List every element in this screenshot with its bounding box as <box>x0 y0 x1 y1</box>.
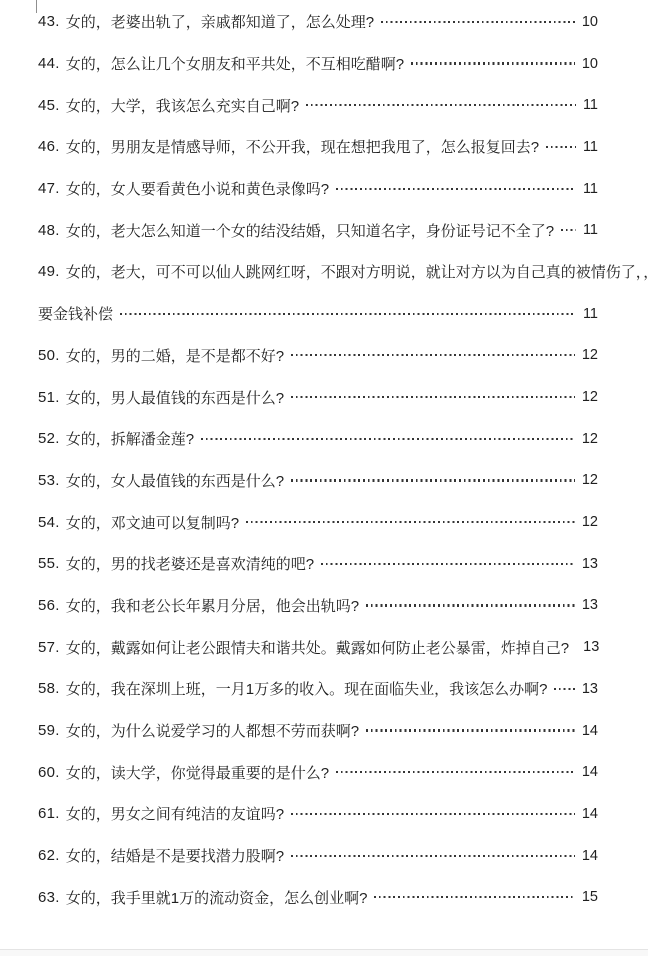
entry-text: 女的，怎么让几个女朋友和平共处，不互相吃醋啊? <box>66 53 404 74</box>
entry-number: 49. <box>38 263 60 280</box>
entry-number: 48. <box>38 222 60 239</box>
entry-number: 47. <box>38 180 60 197</box>
dot-leader <box>554 688 574 690</box>
dot-leader <box>306 104 576 106</box>
page-number: 14 <box>582 764 598 780</box>
entry-number: 60. <box>38 764 60 781</box>
toc-entry: 要金钱补偿 11 <box>38 293 598 335</box>
entry-text: 女的，戴露如何让老公跟情夫和谐共处。戴露如何防止老公暴雷，炸掉自己? <box>66 637 569 658</box>
toc-entry: 47. 女的，女人要看黄色小说和黄色录像吗? 11 <box>38 168 598 210</box>
toc-entry: 54. 女的，邓文迪可以复制吗? 12 <box>38 501 598 543</box>
entry-text: 女的，邓文迪可以复制吗? <box>66 512 239 533</box>
dot-leader <box>291 855 575 857</box>
toc-entry: 59. 女的，为什么说爱学习的人都想不劳而获啊? 14 <box>38 710 598 752</box>
entry-text: 女的，我和老公长年累月分居，他会出轨吗? <box>66 595 359 616</box>
toc-entry: 61. 女的，男女之间有纯洁的友谊吗? 14 <box>38 793 598 835</box>
page-number: 13 <box>583 639 599 655</box>
dot-leader <box>546 146 576 148</box>
entry-number: 43. <box>38 13 60 30</box>
page-number: 14 <box>582 806 598 822</box>
page-number: 11 <box>583 139 598 155</box>
entry-number: 59. <box>38 722 60 739</box>
page-number: 11 <box>583 181 598 197</box>
entry-text: 女的，女人最值钱的东西是什么? <box>66 470 284 491</box>
page-number: 11 <box>583 97 598 113</box>
entry-text: 女的，结婚是不是要找潜力股啊? <box>66 845 284 866</box>
page-number: 13 <box>582 556 598 572</box>
toc-list: 43. 女的，老婆出轨了，亲戚都知道了，怎么处理? 10 44. 女的，怎么让几… <box>38 1 598 918</box>
toc-entry: 56. 女的，我和老公长年累月分居，他会出轨吗? 13 <box>38 585 598 627</box>
entry-text: 女的，男的找老婆还是喜欢清纯的吧? <box>66 553 314 574</box>
dot-leader <box>381 21 575 23</box>
toc-entry: 46. 女的，男朋友是情感导师，不公开我，现在想把我甩了，怎么报复回去? 11 <box>38 126 598 168</box>
entry-number: 45. <box>38 97 60 114</box>
dot-leader <box>366 604 575 606</box>
entry-number: 46. <box>38 138 60 155</box>
entry-number: 54. <box>38 514 60 531</box>
entry-number: 56. <box>38 597 60 614</box>
toc-entry: 48. 女的，老大怎么知道一个女的结没结婚，只知道名字，身份证号记不全了? 11 <box>38 209 598 251</box>
page-number: 12 <box>582 389 598 405</box>
dot-leader <box>561 229 576 231</box>
toc-entry: 55. 女的，男的找老婆还是喜欢清纯的吧? 13 <box>38 543 598 585</box>
dot-leader <box>246 521 575 523</box>
page-number: 14 <box>582 723 598 739</box>
page-gap <box>0 950 648 956</box>
entry-text: 女的，大学，我该怎么充实自己啊? <box>66 95 299 116</box>
toc-entry: 62. 女的，结婚是不是要找潜力股啊? 14 <box>38 835 598 877</box>
entry-number: 62. <box>38 847 60 864</box>
dot-leader <box>366 729 575 731</box>
entry-number: 53. <box>38 472 60 489</box>
entry-text: 女的，为什么说爱学习的人都想不劳而获啊? <box>66 720 359 741</box>
entry-number: 63. <box>38 889 60 906</box>
entry-text: 要金钱补偿 <box>38 303 113 324</box>
dot-leader <box>291 479 575 481</box>
dot-leader <box>336 188 576 190</box>
entry-number: 44. <box>38 55 60 72</box>
entry-number: 50. <box>38 347 60 364</box>
toc-entry: 43. 女的，老婆出轨了，亲戚都知道了，怎么处理? 10 <box>38 1 598 43</box>
entry-text: 女的，我在深圳上班，一月1万多的收入。现在面临失业，我该怎么办啊? <box>66 678 548 699</box>
dot-leader <box>291 354 575 356</box>
page-number: 15 <box>582 889 598 905</box>
dot-leader <box>291 396 575 398</box>
entry-text: 女的，我手里就1万的流动资金，怎么创业啊? <box>66 887 368 908</box>
entry-text: 女的，男朋友是情感导师，不公开我，现在想把我甩了，怎么报复回去? <box>66 136 539 157</box>
entry-number: 57. <box>38 639 60 656</box>
page-number: 10 <box>582 14 598 30</box>
toc-entry: 49. 女的，老大，可不可以仙人跳网红呀，不跟对方明说，就让对方以为自己真的被情… <box>38 251 598 293</box>
toc-entry: 60. 女的，读大学，你觉得最重要的是什么? 14 <box>38 751 598 793</box>
entry-number: 51. <box>38 389 60 406</box>
dot-leader <box>201 438 575 440</box>
entry-text: 女的，男的二婚，是不是都不好? <box>66 345 284 366</box>
toc-entry: 44. 女的，怎么让几个女朋友和平共处，不互相吃醋啊? 10 <box>38 43 598 85</box>
page-number: 12 <box>582 431 598 447</box>
text-cursor-artifact <box>36 0 37 13</box>
page-number: 10 <box>582 56 598 72</box>
toc-entry: 58. 女的，我在深圳上班，一月1万多的收入。现在面临失业，我该怎么办啊? 13 <box>38 668 598 710</box>
page-number: 12 <box>582 514 598 530</box>
page-number: 14 <box>582 848 598 864</box>
toc-entry: 57. 女的，戴露如何让老公跟情夫和谐共处。戴露如何防止老公暴雷，炸掉自己? 1… <box>38 626 598 668</box>
toc-entry: 53. 女的，女人最值钱的东西是什么? 12 <box>38 460 598 502</box>
dot-leader <box>411 62 575 64</box>
toc-entry: 63. 女的，我手里就1万的流动资金，怎么创业啊? 15 <box>38 876 598 918</box>
entry-number: 55. <box>38 555 60 572</box>
entry-text: 女的，拆解潘金莲? <box>66 428 194 449</box>
page-number: 11 <box>583 222 598 238</box>
document-page: 43. 女的，老婆出轨了，亲戚都知道了，怎么处理? 10 44. 女的，怎么让几… <box>0 0 648 950</box>
entry-text: 女的，老婆出轨了，亲戚都知道了，怎么处理? <box>66 11 374 32</box>
page-number: 13 <box>582 597 598 613</box>
page-number: 13 <box>582 681 598 697</box>
entry-number: 52. <box>38 430 60 447</box>
entry-text: 女的，老大怎么知道一个女的结没结婚，只知道名字，身份证号记不全了? <box>66 220 554 241</box>
entry-number: 61. <box>38 805 60 822</box>
dot-leader <box>120 313 576 315</box>
dot-leader <box>374 896 574 898</box>
page-number: 11 <box>583 306 598 322</box>
entry-text: 女的，女人要看黄色小说和黄色录像吗? <box>66 178 329 199</box>
dot-leader <box>336 771 575 773</box>
toc-entry: 51. 女的，男人最值钱的东西是什么? 12 <box>38 376 598 418</box>
entry-text: 女的，老大，可不可以仙人跳网红呀，不跟对方明说，就让对方以为自己真的被情伤了，， <box>66 261 648 282</box>
entry-text: 女的，男女之间有纯洁的友谊吗? <box>66 803 284 824</box>
toc-entry: 50. 女的，男的二婚，是不是都不好? 12 <box>38 335 598 377</box>
dot-leader <box>291 813 575 815</box>
dot-leader <box>321 563 575 565</box>
entry-number: 58. <box>38 680 60 697</box>
entry-text: 女的，男人最值钱的东西是什么? <box>66 387 284 408</box>
entry-text: 女的，读大学，你觉得最重要的是什么? <box>66 762 329 783</box>
page-number: 12 <box>582 347 598 363</box>
toc-entry: 52. 女的，拆解潘金莲? 12 <box>38 418 598 460</box>
page-number: 12 <box>582 472 598 488</box>
toc-entry: 45. 女的，大学，我该怎么充实自己啊? 11 <box>38 84 598 126</box>
